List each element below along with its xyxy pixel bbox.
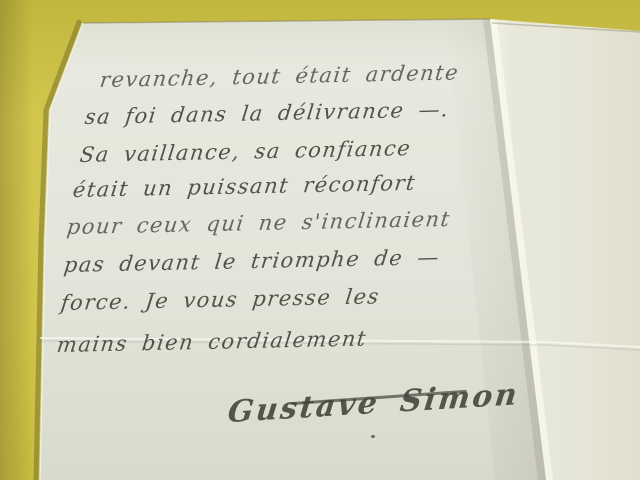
- letter-line-1: revanche, tout était ardente: [99, 60, 461, 92]
- letter-line-4: était un puissant réconfort: [72, 171, 418, 202]
- letter-line-6: pas devant le triomphe de —: [63, 245, 442, 277]
- letter-body: revanche, tout était ardente sa foi dans…: [0, 0, 640, 480]
- letter-line-2: sa foi dans la délivrance —.: [84, 97, 451, 129]
- letter-line-5: pour ceux qui ne s'inclinaient: [66, 207, 452, 239]
- signature-dot: [371, 435, 375, 438]
- photo-of-handwritten-letter: revanche, tout était ardente sa foi dans…: [0, 0, 640, 480]
- signature: Gustave Simon: [226, 377, 521, 430]
- letter-line-3: Sa vaillance, sa confiance: [79, 136, 413, 167]
- letter-line-7: force. Je vous presse les: [60, 284, 382, 315]
- letter-line-8: mains bien cordialement: [56, 326, 369, 357]
